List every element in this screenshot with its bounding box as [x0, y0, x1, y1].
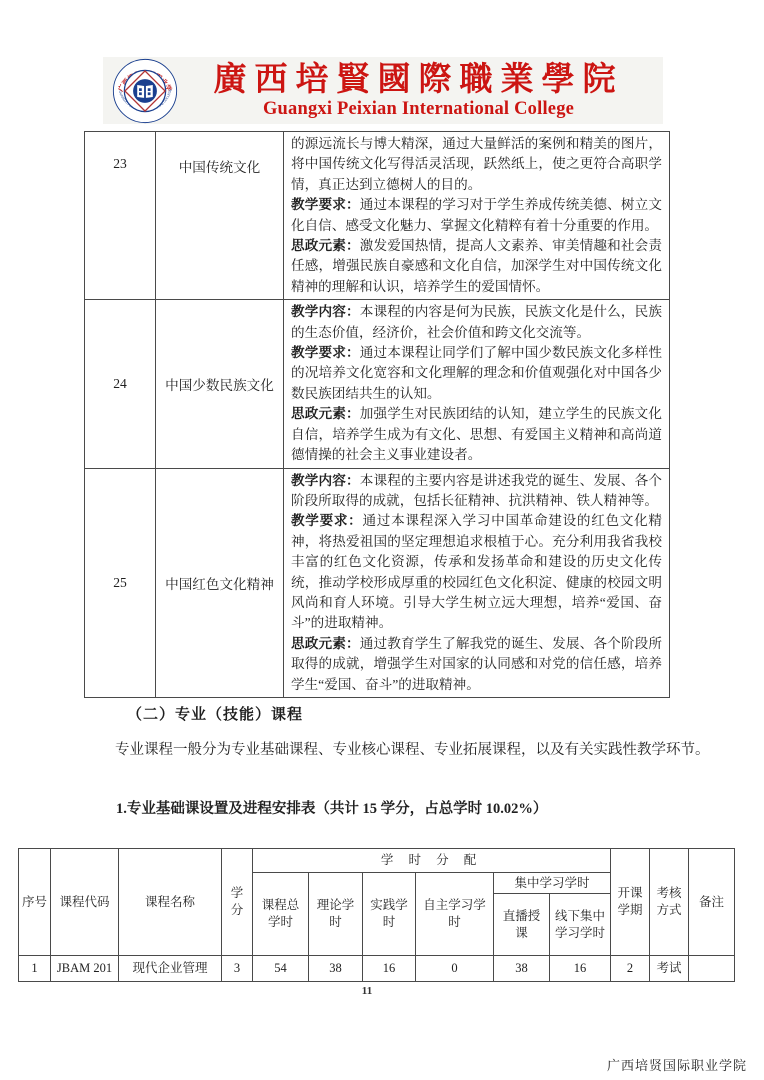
paragraph-text: 通过本课程深入学习中国革命建设的红色文化精神，将热爱祖国的坚定理想追求根植于心。…	[291, 513, 662, 630]
col-header-practice-hours: 实践学时	[363, 873, 416, 956]
college-titles: 廣西培賢國際職業學院 Guangxi Peixian International…	[180, 61, 663, 120]
cell-name: 现代企业管理	[119, 956, 222, 982]
cell-code: JBAM 201	[51, 956, 119, 982]
col-header-theory-hours: 理论学时	[309, 873, 363, 956]
col-header-no: 序号	[19, 849, 51, 956]
college-name-en: Guangxi Peixian International College	[180, 99, 657, 120]
col-header-remark: 备注	[689, 849, 735, 956]
section-subheading: 1.专业基础课设置及进程安排表（共计 15 学分，占总学时 10.02%）	[116, 797, 547, 818]
course-number: 23	[85, 132, 156, 300]
cell-remark	[689, 956, 735, 982]
course-paragraph: 教学内容：本课程的内容是何为民族，民族文化是什么，民族的生态价值，经济价，社会价…	[291, 302, 662, 343]
course-paragraph: 教学要求：通过本课程让同学们了解中国少数民族文化多样性的况培养文化宽容和文化理解…	[291, 343, 662, 404]
cell-assessment: 考试	[650, 956, 689, 982]
col-header-credit: 学分	[222, 849, 253, 956]
college-seal-icon: 广西培贤国际职业学院 GUANGXI PEIXIAN INTERNATIONAL…	[110, 58, 180, 124]
footer-college-name: 广西培贤国际职业学院	[607, 1055, 747, 1074]
ideology-course-table: 23 中国传统文化 的源远流长与博大精深，通过大量鲜活的案例和精美的图片，将中国…	[84, 131, 670, 698]
cell-live: 38	[494, 956, 550, 982]
course-description: 教学内容：本课程的内容是何为民族，民族文化是什么，民族的生态价值，经济价，社会价…	[284, 300, 670, 468]
cell-no: 1	[19, 956, 51, 982]
col-header-name: 课程名称	[119, 849, 222, 956]
col-header-code: 课程代码	[51, 849, 119, 956]
col-header-term: 开课学期	[611, 849, 650, 956]
col-header-central-group: 集中学习学时	[494, 873, 611, 894]
cell-term: 2	[611, 956, 650, 982]
course-paragraph: 的源远流长与博大精深，通过大量鲜活的案例和精美的图片，将中国传统文化写得活灵活现…	[291, 134, 662, 195]
cell-offline: 16	[550, 956, 611, 982]
paragraph-text: 的源远流长与博大精深，通过大量鲜活的案例和精美的图片，将中国传统文化写得活灵活现…	[291, 136, 662, 192]
course-paragraph: 教学要求：通过本课程深入学习中国革命建设的红色文化精神，将热爱祖国的坚定理想追求…	[291, 511, 662, 633]
paragraph-label: 教学要求：	[291, 345, 360, 360]
table-row: 25 中国红色文化精神 教学内容：本课程的主要内容是讲述我党的诞生、发展、各个阶…	[85, 468, 670, 697]
section-heading: （二）专业（技能）课程	[127, 703, 303, 724]
course-paragraph: 思政元素：通过教育学生了解我党的诞生、发展、各个阶段所取得的成就，增强学生对国家…	[291, 634, 662, 695]
schedule-table: 序号 课程代码 课程名称 学分 学 时 分 配 开课学期 考核方式 备注 课程总…	[18, 848, 735, 982]
college-header: 广西培贤国际职业学院 GUANGXI PEIXIAN INTERNATIONAL…	[103, 57, 663, 124]
course-name: 中国少数民族文化	[156, 300, 284, 468]
paragraph-label: 思政元素：	[291, 238, 360, 253]
course-paragraph: 教学要求：通过本课程的学习对于学生养成传统美德、树立文化自信、感受文化魅力、掌握…	[291, 195, 662, 236]
course-number: 25	[85, 468, 156, 697]
course-description: 的源远流长与博大精深，通过大量鲜活的案例和精美的图片，将中国传统文化写得活灵活现…	[284, 132, 670, 300]
cell-self-study: 0	[416, 956, 494, 982]
college-name-zh: 廣西培賢國際職業學院	[180, 61, 657, 99]
paragraph-label: 思政元素：	[291, 406, 360, 421]
col-header-total-hours: 课程总学时	[253, 873, 309, 956]
course-name: 中国传统文化	[156, 132, 284, 300]
col-header-assessment: 考核方式	[650, 849, 689, 956]
cell-total: 54	[253, 956, 309, 982]
col-header-offline: 线下集中学习学时	[550, 894, 611, 956]
college-logo: 广西培贤国际职业学院 GUANGXI PEIXIAN INTERNATIONAL…	[110, 58, 180, 124]
table-row: 24 中国少数民族文化 教学内容：本课程的内容是何为民族，民族文化是什么，民族的…	[85, 300, 670, 468]
paragraph-label: 教学要求：	[291, 513, 362, 528]
cell-practice: 16	[363, 956, 416, 982]
table-row: 23 中国传统文化 的源远流长与博大精深，通过大量鲜活的案例和精美的图片，将中国…	[85, 132, 670, 300]
col-header-self-study-hours: 自主学习学时	[416, 873, 494, 956]
course-paragraph: 思政元素：激发爱国热情，提高人文素养、审美情趣和社会责任感，增强民族自豪感和文化…	[291, 236, 662, 297]
course-paragraph: 思政元素：加强学生对民族团结的认知，建立学生的民族文化自信，培养学生成为有文化、…	[291, 404, 662, 465]
course-description: 教学内容：本课程的主要内容是讲述我党的诞生、发展、各个阶段所取得的成就，包括长征…	[284, 468, 670, 697]
col-header-live: 直播授课	[494, 894, 550, 956]
paragraph-label: 教学要求：	[291, 197, 360, 212]
paragraph-label: 教学内容：	[291, 304, 360, 319]
course-number: 24	[85, 300, 156, 468]
cell-credit: 3	[222, 956, 253, 982]
table-row: 1 JBAM 201 现代企业管理 3 54 38 16 0 38 16 2 考…	[19, 956, 735, 982]
course-paragraph: 教学内容：本课程的主要内容是讲述我党的诞生、发展、各个阶段所取得的成就，包括长征…	[291, 471, 662, 512]
header-row-1: 序号 课程代码 课程名称 学分 学 时 分 配 开课学期 考核方式 备注	[19, 849, 735, 873]
course-name: 中国红色文化精神	[156, 468, 284, 697]
cell-theory: 38	[309, 956, 363, 982]
paragraph-label: 教学内容：	[291, 473, 360, 488]
paragraph-label: 思政元素：	[291, 636, 360, 651]
col-header-hours-group: 学 时 分 配	[253, 849, 611, 873]
page-number: 11	[0, 985, 734, 997]
document-page: 广西培贤国际职业学院 GUANGXI PEIXIAN INTERNATIONAL…	[0, 0, 764, 1080]
section-paragraph: 专业课程一般分为专业基础课程、专业核心课程、专业拓展课程，以及有关实践性教学环节…	[84, 736, 713, 765]
